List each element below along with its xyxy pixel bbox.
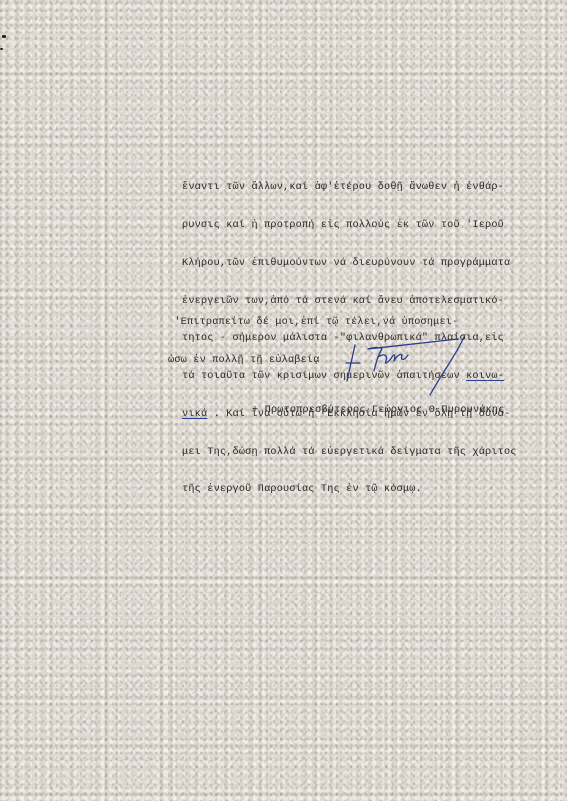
pen-underlined-word: νικά (182, 409, 207, 420)
typed-signature-name: + Πρωτοπρεσβύτερος Γεώργιος Θ.Πυρουνάκης (252, 405, 505, 418)
letter-page: ἔναντι τῶν ἄλλων,καί ἀφ'ἑτέρου δοθῇ ἄνωθ… (0, 0, 567, 801)
handwritten-signature (330, 333, 480, 403)
closing-line: 'Επιτραπείτω δέ μοι,ἐπί τῷ τέλει,νά ὑποσ… (168, 317, 458, 330)
body-line: μει Της,δώσῃ πολλά τά εὐεργετικά δείγματ… (182, 447, 517, 460)
body-line: ρυνσις καί ἡ προτροπή εἰς πολλούς ἐκ τῶν… (182, 220, 517, 233)
body-line: τῆς ἐνεργοῦ Παρουσίας Της ἐν τῷ κόσμῳ. (182, 484, 517, 497)
scan-speck (2, 35, 6, 38)
scan-speck (0, 48, 3, 50)
body-line: Κλήρου,τῶν ἐπιθυμούντων νά διευρύνουν τά… (182, 258, 517, 271)
body-line: ἔναντι τῶν ἄλλων,καί ἀφ'ἑτέρου δοθῇ ἄνωθ… (182, 182, 517, 195)
